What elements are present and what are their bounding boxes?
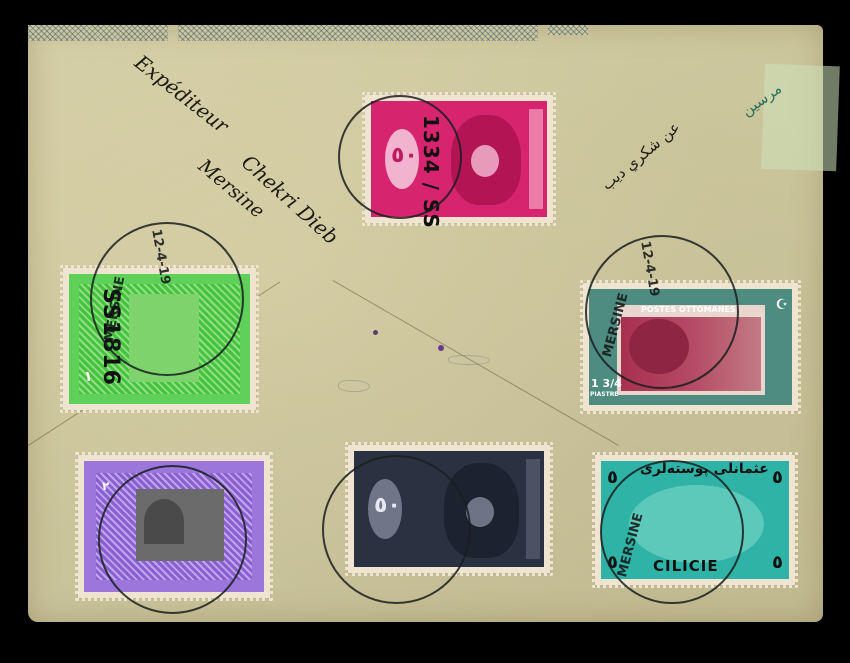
value-glyph: ٥: [772, 467, 783, 488]
flap-seal-strip: [28, 25, 168, 41]
value-label: 1 3/4: [591, 377, 622, 390]
flap-seal-strip: [178, 25, 538, 41]
portrait-face: [471, 145, 499, 177]
pencil-mark: [448, 355, 490, 365]
postmark: [600, 460, 744, 604]
handwriting-arabic-sender: عن شكري ديب: [598, 118, 683, 194]
pencil-mark: [338, 380, 370, 392]
postmark: [338, 95, 462, 219]
flap-seal-strip: [548, 25, 588, 35]
postmark: [585, 235, 739, 389]
postmark: [322, 455, 471, 604]
handwriting-sender-label: Expéditeur: [130, 50, 233, 138]
stamp-side-panel: [529, 109, 543, 209]
value-glyph: ١: [84, 369, 93, 385]
value-glyph: ٢: [102, 479, 109, 493]
value-word: PIASTRE: [590, 391, 618, 398]
crescent-icon: ☪: [775, 297, 788, 313]
stamp-side-panel: [526, 459, 540, 559]
value-glyph: ٥: [772, 552, 783, 573]
postmark: [98, 465, 247, 614]
ink-spot: [438, 345, 444, 351]
ink-spot: [373, 330, 378, 335]
